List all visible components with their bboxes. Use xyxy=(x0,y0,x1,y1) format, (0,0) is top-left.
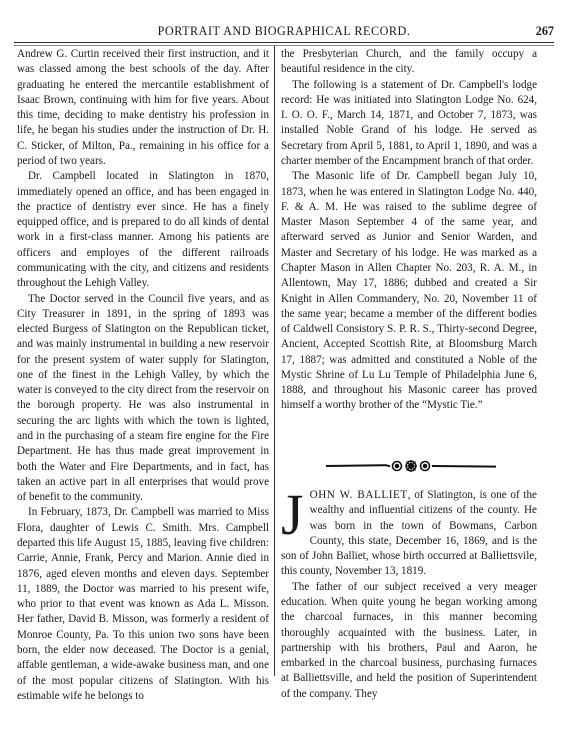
page-number: 267 xyxy=(536,24,554,38)
biography-intro: JOHN W. BALLIET, of Slatington, is one o… xyxy=(281,488,537,580)
paragraph: The Doctor served in the Council five ye… xyxy=(17,292,269,506)
section-divider-ornament-icon xyxy=(326,459,496,471)
column-divider xyxy=(274,46,275,676)
paragraph: the Presbyterian Church, and the family … xyxy=(281,47,537,78)
paragraph: Dr. Campbell located in Slatington in 18… xyxy=(17,169,269,291)
header-rule-thin xyxy=(14,45,554,46)
subject-name: OHN W. BALLIET xyxy=(310,489,408,501)
paragraph: The Masonic life of Dr. Campbell began J… xyxy=(281,169,537,414)
drop-cap: J xyxy=(281,490,304,542)
balliet-biography: JOHN W. BALLIET, of Slatington, is one o… xyxy=(281,488,537,702)
document-page: PORTRAIT AND BIOGRAPHICAL RECORD. 267 An… xyxy=(0,0,562,730)
paragraph: Andrew G. Curtin received their first in… xyxy=(17,47,269,169)
intro-text: , of Slatington, is one of the wealthy a… xyxy=(281,489,537,577)
right-column: the Presbyterian Church, and the family … xyxy=(281,47,537,414)
running-title: PORTRAIT AND BIOGRAPHICAL RECORD. xyxy=(14,24,554,38)
header-rule xyxy=(14,42,554,43)
paragraph: The following is a statement of Dr. Camp… xyxy=(281,78,537,170)
paragraph: The father of our subject received a ver… xyxy=(281,580,537,702)
paragraph: In February, 1873, Dr. Campbell was marr… xyxy=(17,505,269,704)
running-head: PORTRAIT AND BIOGRAPHICAL RECORD. 267 xyxy=(14,24,554,38)
left-column: Andrew G. Curtin received their first in… xyxy=(17,47,269,704)
